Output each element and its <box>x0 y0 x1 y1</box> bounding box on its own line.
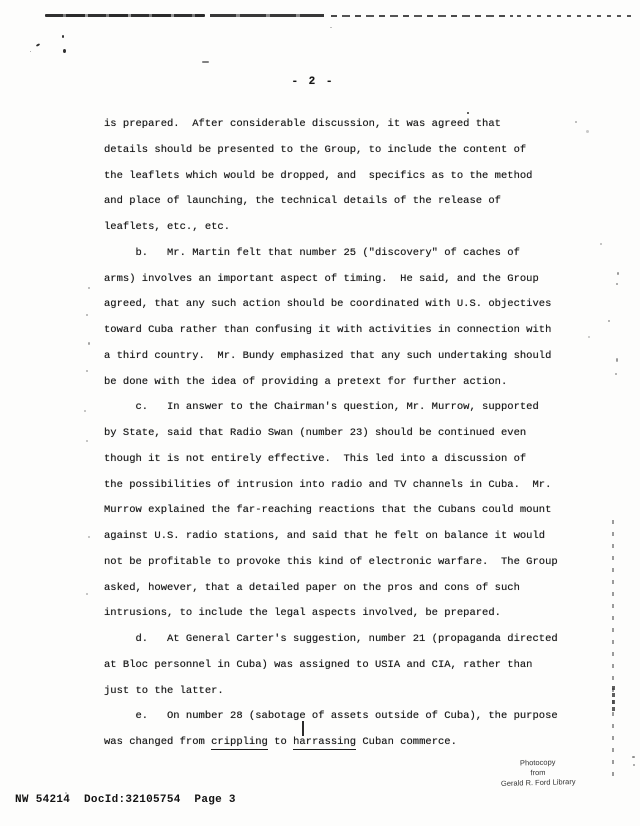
document-line: the possibilities of intrusion into radi… <box>104 473 558 499</box>
text-segment: to <box>268 736 293 748</box>
document-line: toward Cuba rather than confusing it wit… <box>104 318 558 344</box>
scan-speck <box>88 536 90 538</box>
scan-artifact-top-line <box>331 15 513 17</box>
scan-speck <box>633 764 635 766</box>
document-line: be done with the idea of providing a pre… <box>104 370 558 396</box>
document-line: just to the latter. <box>104 679 558 705</box>
scan-speck <box>202 61 209 63</box>
document-line: a third country. Mr. Bundy emphasized th… <box>104 344 558 370</box>
scan-speck <box>84 410 86 412</box>
scan-speck <box>588 336 590 338</box>
text-segment: was changed from <box>104 736 211 748</box>
document-line: the leaflets which would be dropped, and… <box>104 164 558 190</box>
footer-reference: NW 54214 DocId:32105754 Page 3 <box>15 794 236 806</box>
document-line: at Bloc personnel in Cuba) was assigned … <box>104 653 558 679</box>
document-line: asked, however, that a detailed paper on… <box>104 576 558 602</box>
photocopy-stamp: Photocopy from Gerald R. Ford Library <box>466 756 611 790</box>
underlined-word: crippling <box>211 736 268 750</box>
document-line: though it is not entirely effective. Thi… <box>104 447 558 473</box>
scan-speck <box>86 370 88 372</box>
scan-speck <box>616 358 618 362</box>
text-segment: Cuban commerce. <box>356 736 457 748</box>
document-line: c. In answer to the Chairman's question,… <box>104 395 558 421</box>
scan-dotted-line <box>612 520 614 778</box>
scan-speck <box>88 342 90 345</box>
document-line: d. At General Carter's suggestion, numbe… <box>104 627 558 653</box>
scan-speck <box>616 283 618 285</box>
document-line: e. On number 28 (sabotage of assets outs… <box>104 704 558 730</box>
scan-speck <box>30 51 31 52</box>
scan-speck <box>608 320 610 322</box>
scan-speck <box>600 243 602 245</box>
document-line: b. Mr. Martin felt that number 25 ("disc… <box>104 241 558 267</box>
scan-speck <box>63 49 66 53</box>
scan-speck <box>88 287 90 289</box>
scan-speck <box>36 43 40 47</box>
document-line: by State, said that Radio Swan (number 2… <box>104 421 558 447</box>
document-line: and place of launching, the technical de… <box>104 189 558 215</box>
scan-artifact-top-line <box>45 14 205 17</box>
document-line: details should be presented to the Group… <box>104 138 558 164</box>
document-line: intrusions, to include the legal aspects… <box>104 601 558 627</box>
scan-speck <box>86 593 88 595</box>
scan-speck <box>330 27 332 28</box>
page-number: - 2 - <box>0 76 626 88</box>
scan-speck <box>86 314 88 316</box>
scan-speck <box>575 121 577 123</box>
underlined-word: harrassing <box>293 736 356 750</box>
document-line: agreed, that any such action should be c… <box>104 292 558 318</box>
scan-speck <box>615 373 617 375</box>
scan-artifact-top-line <box>517 15 637 17</box>
document-line: arms) involves an important aspect of ti… <box>104 267 558 293</box>
scan-speck <box>86 440 88 442</box>
document-line: is prepared. After considerable discussi… <box>104 112 558 138</box>
scan-dotted-line <box>612 686 615 714</box>
document-line: was changed from crippling to harrassing… <box>104 730 558 756</box>
scanned-document-page: - 2 - is prepared. After considerable di… <box>0 0 640 826</box>
document-line: leaflets, etc., etc. <box>104 215 558 241</box>
scan-speck <box>586 130 589 133</box>
document-line: against U.S. radio stations, and said th… <box>104 524 558 550</box>
document-line: Murrow explained the far-reaching reacti… <box>104 498 558 524</box>
scan-speck <box>632 756 635 758</box>
document-line: not be profitable to provoke this kind o… <box>104 550 558 576</box>
scan-speck <box>617 272 619 275</box>
scan-artifact-top-line <box>210 14 324 17</box>
scan-speck <box>62 35 64 38</box>
document-body: is prepared. After considerable discussi… <box>104 112 558 756</box>
